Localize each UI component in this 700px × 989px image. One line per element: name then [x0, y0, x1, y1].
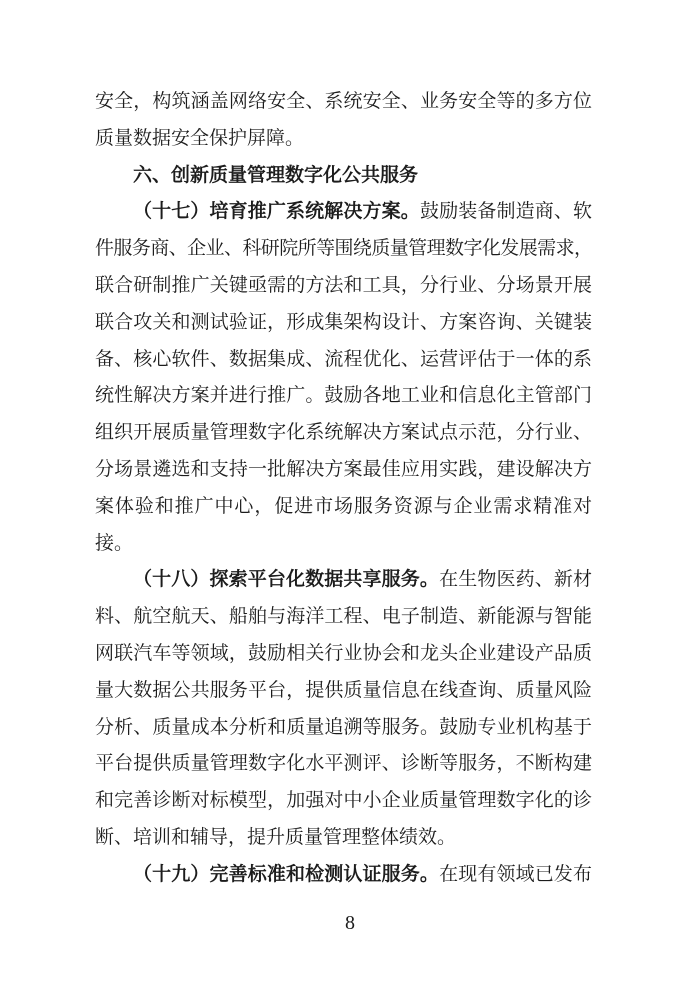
- text-line: 统性解决方案并进行推广。鼓励各地工业和信息化主管部门: [95, 378, 592, 415]
- text-line: 组织开展质量管理数字化系统解决方案试点示范，分行业、: [95, 415, 592, 452]
- para-lead: （十八）探索平台化数据共享服务。: [133, 569, 439, 590]
- text-line: （十七）培育推广系统解决方案。鼓励装备制造商、软: [95, 194, 592, 231]
- text-line: 安全，构筑涵盖网络安全、系统安全、业务安全等的多方位: [95, 84, 592, 121]
- text-line: 分场景遴选和支持一批解决方案最佳应用实践，建设解决方: [95, 452, 592, 489]
- text-line: 联合攻关和测试验证，形成集架构设计、方案咨询、关键装: [95, 305, 592, 342]
- text-line: 案体验和推广中心，促进市场服务资源与企业需求精准对: [95, 489, 592, 526]
- text-line: 平台提供质量管理数字化水平测评、诊断等服务，不断构建: [95, 746, 592, 783]
- text-line: 量大数据公共服务平台，提供质量信息在线查询、质量风险: [95, 673, 592, 710]
- text-line: 联合研制推广关键亟需的方法和工具，分行业、分场景开展: [95, 268, 592, 305]
- para-lead: （十九）完善标准和检测认证服务。: [133, 864, 439, 885]
- document-page: 安全，构筑涵盖网络安全、系统安全、业务安全等的多方位 质量数据安全保护屏障。 六…: [0, 0, 700, 989]
- text-line: 断、培训和辅导，提升质量管理整体绩效。: [95, 820, 592, 857]
- text-line: 件服务商、企业、科研院所等围绕质量管理数字化发展需求，: [95, 231, 592, 268]
- text-line: 网联汽车等领域，鼓励相关行业协会和龙头企业建设产品质: [95, 636, 592, 673]
- section-heading: 六、创新质量管理数字化公共服务: [95, 158, 592, 195]
- line-text: 在现有领域已发布: [439, 864, 592, 885]
- text-line: 备、核心软件、数据集成、流程优化、运营评估于一体的系: [95, 342, 592, 379]
- text-line: 料、航空航天、船舶与海洋工程、电子制造、新能源与智能: [95, 599, 592, 636]
- line-text: 在生物医药、新材: [439, 569, 592, 590]
- text-line: 分析、质量成本分析和质量追溯等服务。鼓励专业机构基于: [95, 710, 592, 747]
- text-line: （十八）探索平台化数据共享服务。在生物医药、新材: [95, 562, 592, 599]
- text-line: 质量数据安全保护屏障。: [95, 121, 592, 158]
- text-line: （十九）完善标准和检测认证服务。在现有领域已发布: [95, 857, 592, 894]
- text-block: 安全，构筑涵盖网络安全、系统安全、业务安全等的多方位 质量数据安全保护屏障。 六…: [95, 84, 592, 894]
- page-number: 8: [0, 911, 700, 935]
- text-line: 接。: [95, 526, 592, 563]
- para-lead: （十七）培育推广系统解决方案。: [133, 201, 420, 222]
- text-line: 和完善诊断对标模型，加强对中小企业质量管理数字化的诊: [95, 783, 592, 820]
- line-text: 鼓励装备制造商、软: [420, 201, 592, 222]
